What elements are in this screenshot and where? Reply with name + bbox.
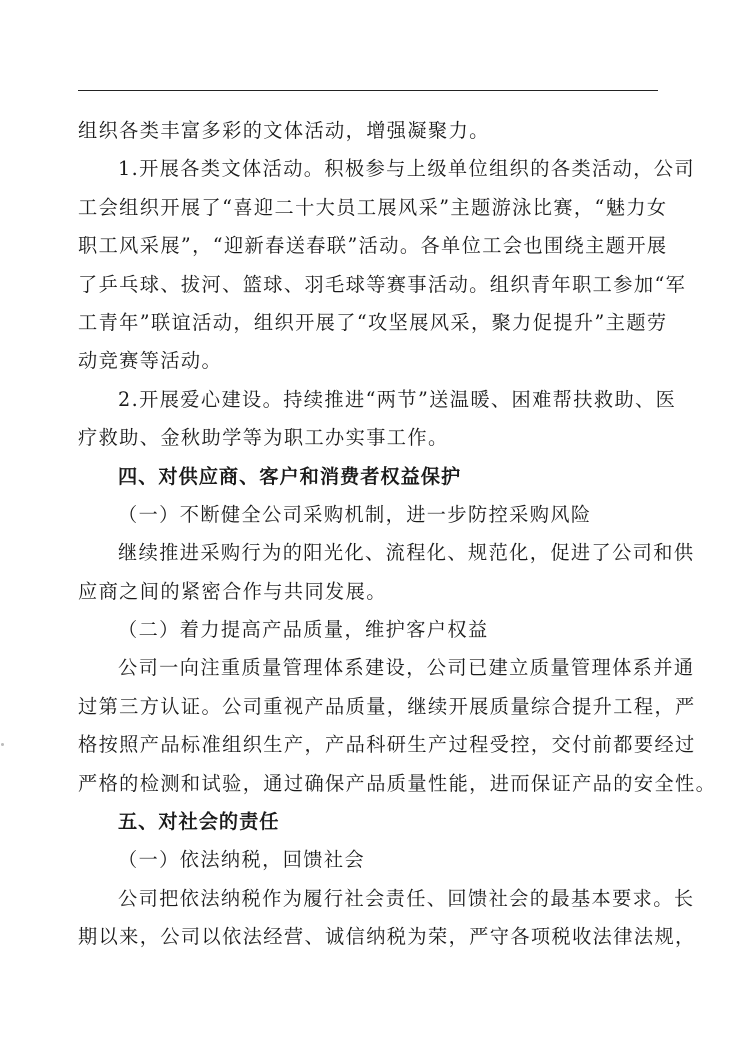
paragraph-line: 2.开展爱心建设。持续推进“两节”送温暖、困难帮扶救助、医 (78, 381, 662, 419)
section-heading-5: 五、对社会的责任 (78, 803, 662, 841)
body-line: 动竞赛等活动。 (78, 342, 662, 380)
body-line: 过第三方认证。公司重视产品质量，继续开展质量综合提升工程，严 (78, 688, 662, 726)
paragraph-line: 1.开展各类文体活动。积极参与上级单位组织的各类活动，公司 (78, 150, 662, 188)
body-line: 严格的检测和试验，通过确保产品质量性能，进而保证产品的安全性。 (78, 765, 662, 803)
body-line: 期以来，公司以依法经营、诚信纳税为荣，严守各项税收法律法规， (78, 918, 662, 956)
body-line: 了乒乓球、拔河、篮球、羽毛球等赛事活动。组织青年职工参加“军 (78, 266, 662, 304)
subheading: （一）依法纳税，回馈社会 (78, 841, 662, 879)
paragraph-line: 公司把依法纳税作为履行社会责任、回馈社会的最基本要求。长 (78, 880, 662, 918)
body-line: 格按照产品标准组织生产，产品科研生产过程受控，交付前都要经过 (78, 726, 662, 764)
body-line: 应商之间的紧密合作与共同发展。 (78, 573, 662, 611)
body-line: 组织各类丰富多彩的文体活动，增强凝聚力。 (78, 112, 662, 150)
subheading: （一）不断健全公司采购机制，进一步防控采购风险 (78, 496, 662, 534)
header-rule (78, 90, 658, 91)
body-line: 疗救助、金秋助学等为职工办实事工作。 (78, 419, 662, 457)
body-line: 工青年”联谊活动，组织开展了“攻坚展风采，聚力促提升”主题劳 (78, 304, 662, 342)
paragraph-line: 继续推进采购行为的阳光化、流程化、规范化，促进了公司和供 (78, 534, 662, 572)
paragraph-line: 公司一向注重质量管理体系建设，公司已建立质量管理体系并通 (78, 649, 662, 687)
document-page: 组织各类丰富多彩的文体活动，增强凝聚力。 1.开展各类文体活动。积极参与上级单位… (78, 112, 662, 957)
scan-margin-mark (1, 743, 4, 746)
body-line: 职工风采展”，“迎新春送春联”活动。各单位工会也围绕主题开展 (78, 227, 662, 265)
body-line: 工会组织开展了“喜迎二十大员工展风采”主题游泳比赛，“魅力女 (78, 189, 662, 227)
section-heading-4: 四、对供应商、客户和消费者权益保护 (78, 458, 662, 496)
subheading: （二）着力提高产品质量，维护客户权益 (78, 611, 662, 649)
